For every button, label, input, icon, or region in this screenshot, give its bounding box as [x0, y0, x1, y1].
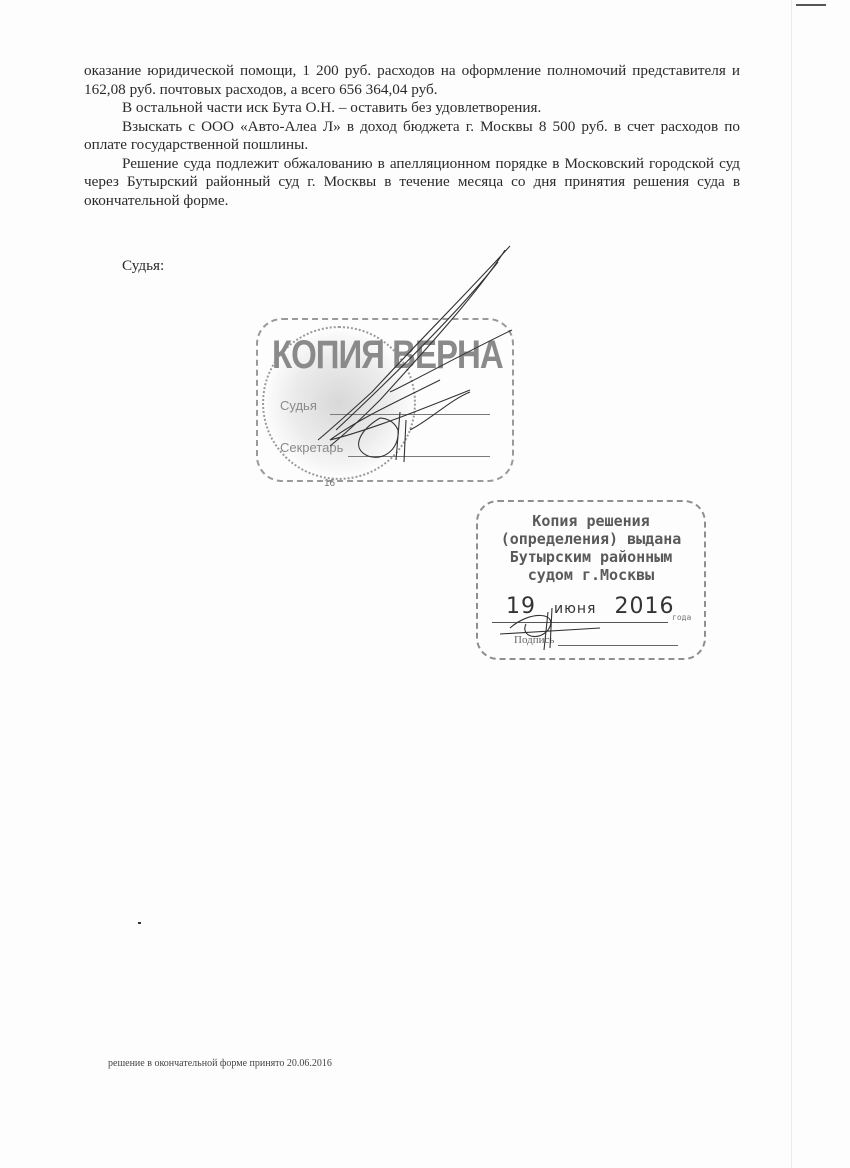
issue-month: июня	[554, 601, 596, 617]
signature-line	[558, 645, 678, 646]
year-suffix: года	[672, 613, 691, 622]
secretary-field-line	[348, 456, 490, 457]
stamp-issued-heading: Копия решения (определения) выдана Бутыр…	[478, 512, 704, 584]
paragraph-appeal: Решение суда подлежит обжалованию в апел…	[84, 155, 740, 211]
scan-edge	[791, 0, 792, 1168]
judge-field-label: Судья	[280, 398, 317, 413]
body-text: оказание юридической помощи, 1 200 руб. …	[84, 62, 740, 210]
issue-date: 19июня2016	[506, 594, 674, 619]
secretary-field-label: Секретарь	[280, 440, 343, 455]
paragraph-rest-denied: В остальной части иск Бута О.Н. – остави…	[84, 99, 740, 118]
paragraph-costs: оказание юридической помощи, 1 200 руб. …	[84, 62, 740, 99]
paragraph-state-duty: Взыскать с ООО «Авто-Алеа Л» в доход бюд…	[84, 118, 740, 155]
signature-label: Подпись	[514, 634, 554, 646]
stamp-number: 16	[324, 478, 335, 489]
footer-note: решение в окончательной форме принято 20…	[108, 1058, 332, 1069]
copy-issued-stamp: Копия решения (определения) выдана Бутыр…	[476, 500, 706, 660]
scan-speck	[138, 922, 141, 924]
judge-label: Судья:	[122, 257, 164, 275]
document-page: оказание юридической помощи, 1 200 руб. …	[0, 0, 850, 1168]
issue-year: 2016	[614, 594, 674, 619]
judge-field-line	[330, 414, 490, 415]
scan-mark	[796, 4, 826, 6]
issue-day: 19	[506, 594, 536, 619]
certified-copy-stamp: КОПИЯ ВЕРНА Судья Секретарь 16	[256, 318, 514, 482]
stamp-title: КОПИЯ ВЕРНА	[272, 332, 503, 378]
date-line	[492, 622, 668, 623]
